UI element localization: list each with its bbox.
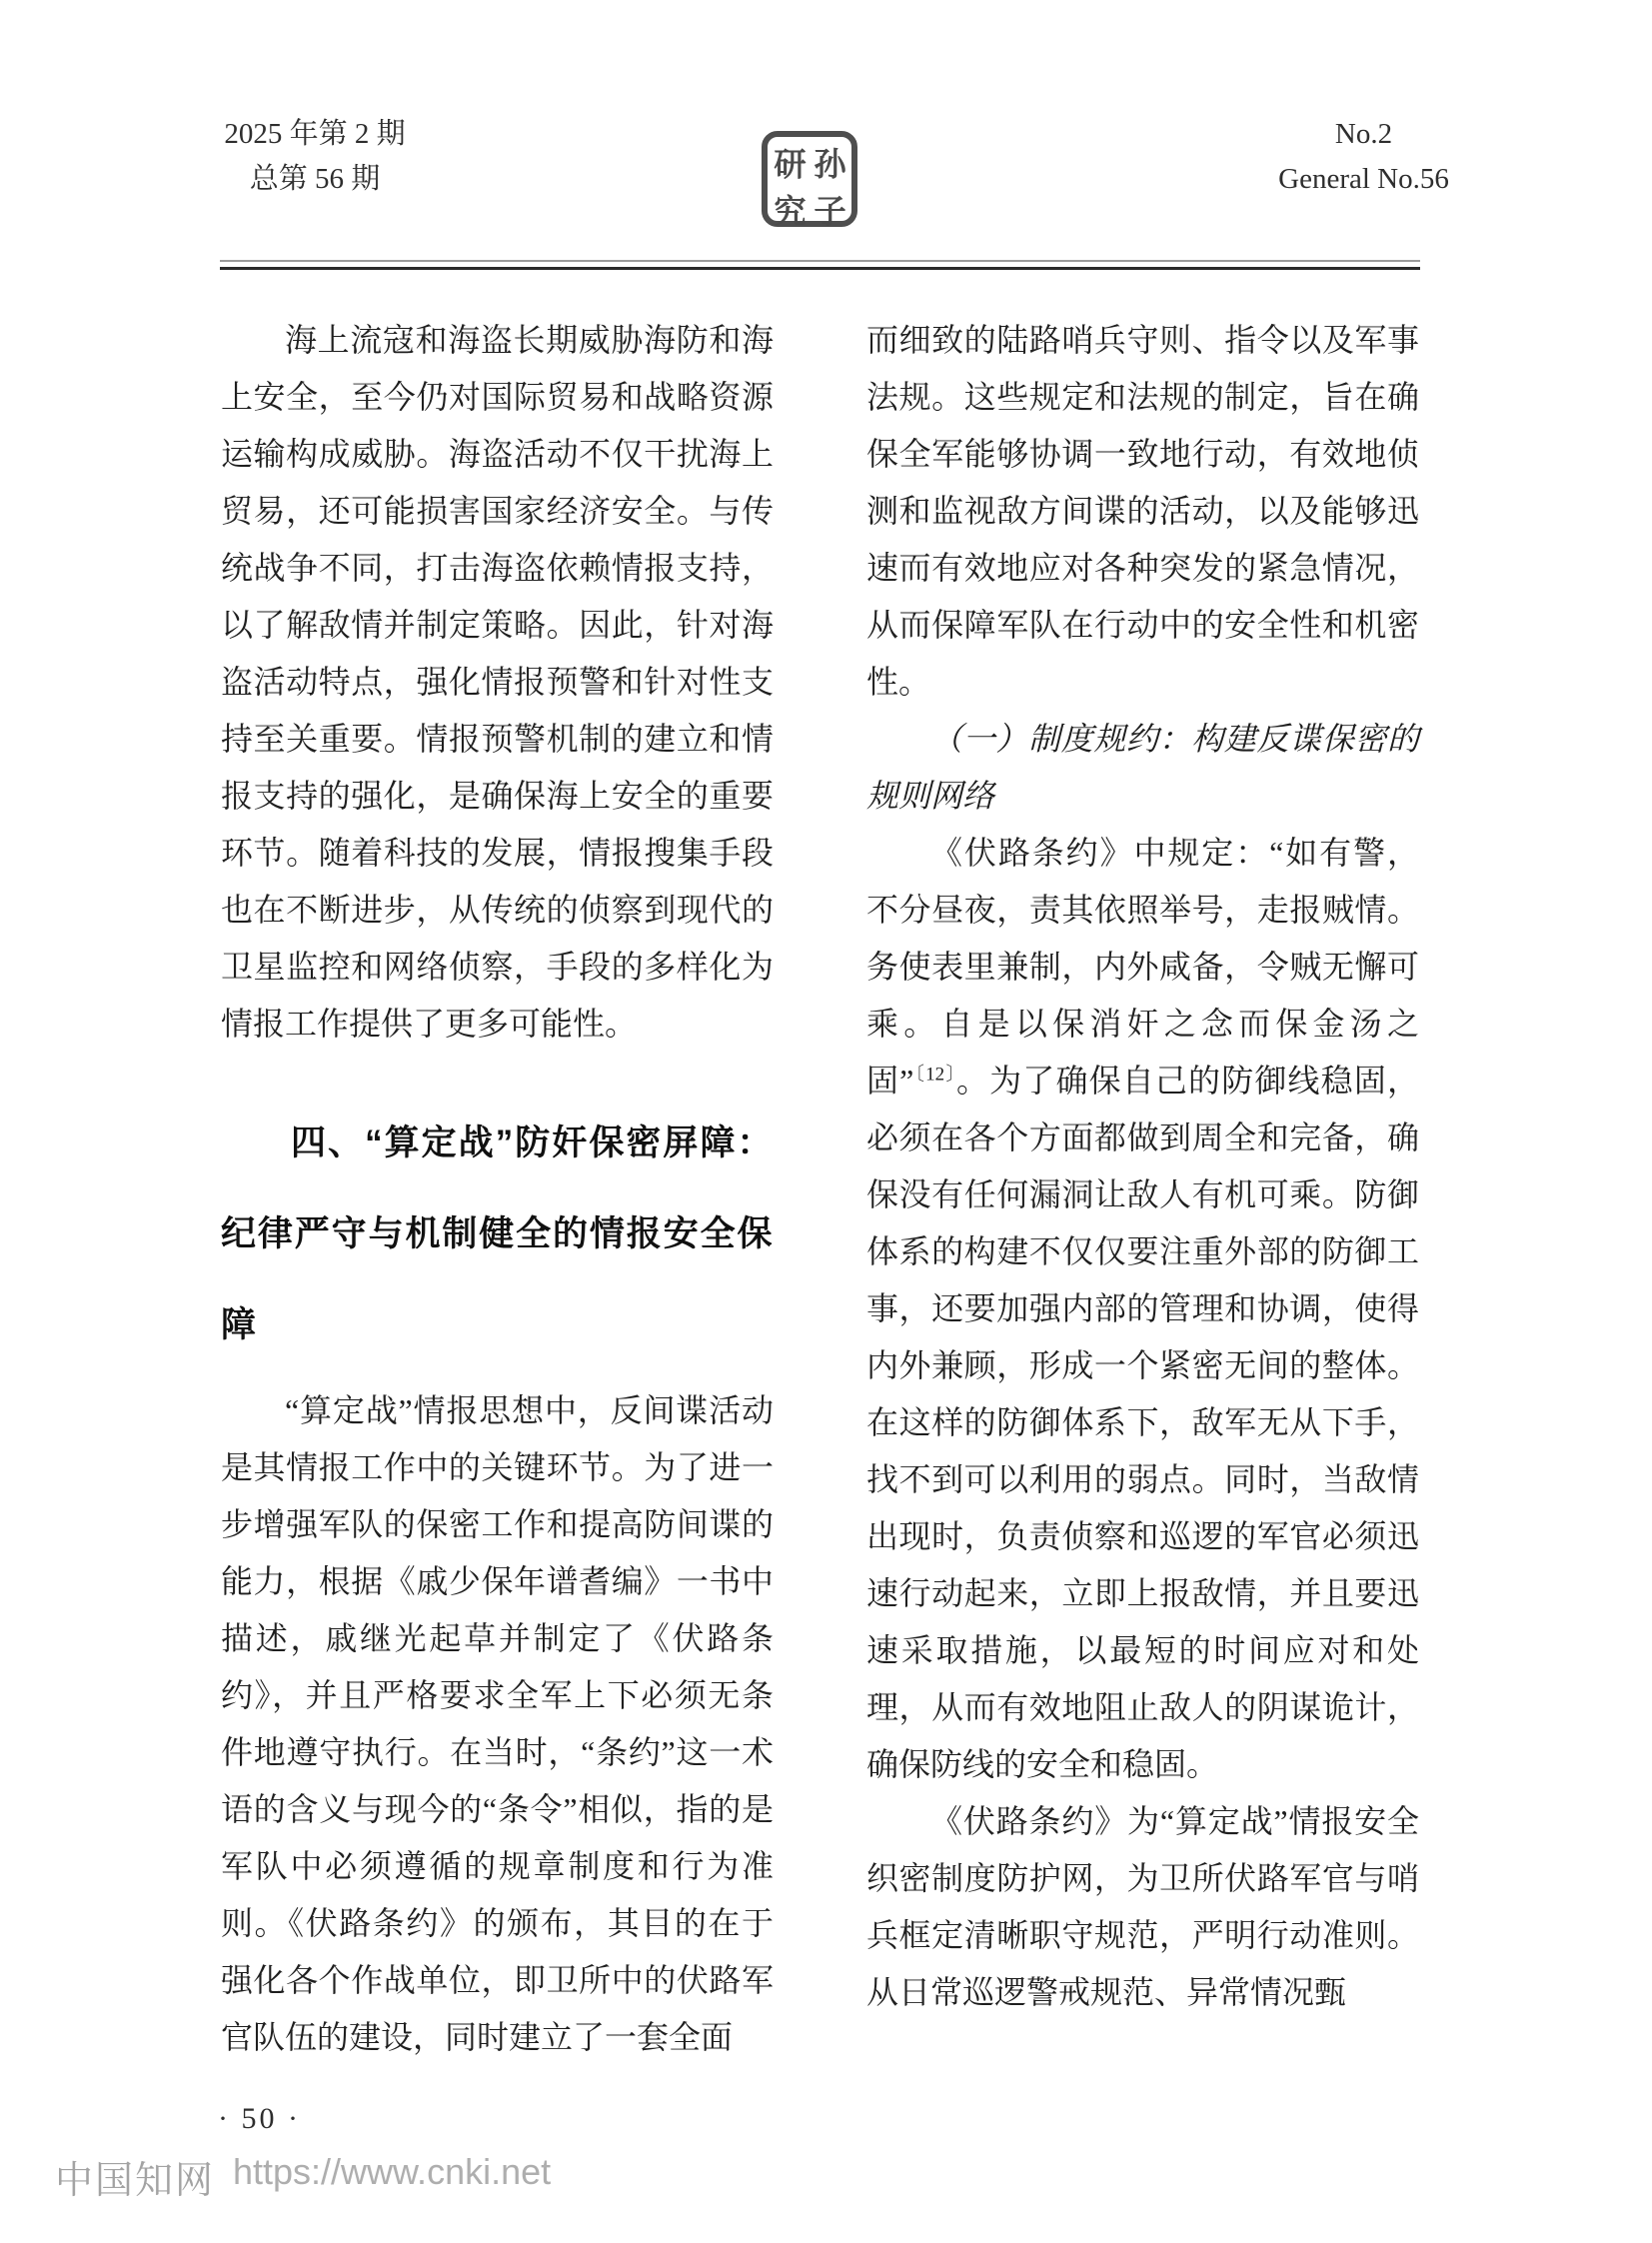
- cnki-watermark-url: https://www.cnki.net: [233, 2151, 551, 2193]
- issue-year-number: 2025 年第 2 期: [215, 112, 415, 157]
- quoted-regulation-text: 《伏路条约》中规定：“如有警，不分昼夜，责其依照举号，走报贼情。务使表里兼制，内…: [866, 835, 1419, 1099]
- seal-char: 孙: [814, 139, 845, 185]
- right-column: 而细致的陆路哨兵守则、指令以及军事法规。这些规定和法规的制定，旨在确保全军能够协…: [866, 312, 1419, 2021]
- paragraph: 《伏路条约》为“算定战”情报安全织密制度防护网，为卫所伏路军官与哨兵框定清晰职守…: [866, 1793, 1419, 2021]
- seal-char: 研: [774, 139, 806, 185]
- journal-page: 2025 年第 2 期 总第 56 期 研 孙 究 子 No.2 General…: [0, 0, 1652, 2243]
- issue-general-no-en: General No.56: [1271, 157, 1456, 202]
- page-number: · 50 ·: [218, 2102, 301, 2136]
- section-heading: 四、“算定战”防奸保密屏障：纪律严守与机制健全的情报安全保障: [221, 1098, 774, 1370]
- paragraph-continuation: 而细致的陆路哨兵守则、指令以及军事法规。这些规定和法规的制定，旨在确保全军能够协…: [866, 312, 1419, 711]
- seal-char: 究: [774, 186, 806, 232]
- issue-general-number: 总第 56 期: [215, 157, 415, 202]
- paragraph: 海上流寇和海盗长期威胁海防和海上安全，至今仍对国际贸易和战略资源运输构成威胁。海…: [221, 312, 774, 1053]
- paragraph-text: 。为了确保自己的防御线稳固，必须在各个方面都做到周全和完备，确保没有任何漏洞让敌…: [866, 1063, 1419, 1782]
- issue-info-en: No.2 General No.56: [1271, 112, 1456, 202]
- footnote-ref: 〔12〕: [913, 1064, 956, 1085]
- divider-thick-line: [220, 267, 1420, 270]
- header-divider: [220, 260, 1420, 270]
- paragraph: “算定战”情报思想中，反间谍活动是其情报工作中的关键环节。为了进一步增强军队的保…: [221, 1382, 774, 2066]
- left-column: 海上流寇和海盗长期威胁海防和海上安全，至今仍对国际贸易和战略资源运输构成威胁。海…: [221, 312, 774, 2066]
- subsection-heading: （一）制度规约：构建反谍保密的规则网络: [866, 711, 1419, 825]
- seal-char: 子: [814, 186, 845, 232]
- cnki-watermark-label: 中国知网: [55, 2149, 215, 2204]
- issue-info-cn: 2025 年第 2 期 总第 56 期: [215, 112, 415, 202]
- paragraph: 《伏路条约》中规定：“如有警，不分昼夜，责其依照举号，走报贼情。务使表里兼制，内…: [866, 825, 1419, 1793]
- journal-seal-icon: 研 孙 究 子: [762, 131, 857, 227]
- issue-no-en: No.2: [1271, 112, 1456, 157]
